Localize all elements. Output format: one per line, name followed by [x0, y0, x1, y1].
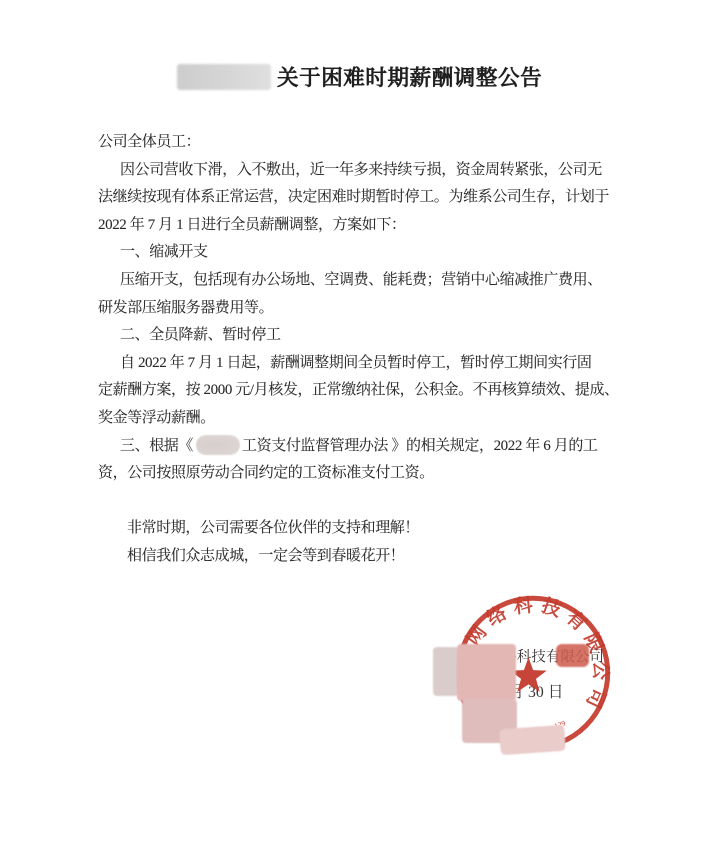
- line-text: 三、根据《: [120, 438, 193, 454]
- redaction-blur-seal-main: [457, 644, 516, 701]
- document-line: 自 2022 年 7 月 1 日起，薪酬调整期间全员暂时停工，暂时停工期间实行固: [98, 350, 618, 378]
- document-line: 三、根据《工资支付监督管理办法 》的相关规定，2022 年 6 月的工: [98, 433, 618, 461]
- redaction-blur-seal-bottom: [499, 725, 566, 755]
- document-line: 资，公司按照原劳动合同约定的工资标准支付工资。: [98, 460, 618, 488]
- document-line: 公司全体员工：: [98, 129, 618, 157]
- line-text: 工资支付监督管理办法 》的相关规定，2022 年 6 月的工: [242, 438, 598, 454]
- document-line: 研发部压缩服务器费用等。: [98, 295, 618, 323]
- document-line: 因公司营收下滑，入不敷出，近一年多来持续亏损，资金周转紧张，公司无: [98, 157, 618, 185]
- page-title: 关于困难时期薪酬调整公告: [277, 61, 542, 92]
- document-body: 公司全体员工：因公司营收下滑，入不敷出，近一年多来持续亏损，资金周转紧张，公司无…: [98, 129, 618, 571]
- title-row: 关于困难时期薪酬调整公告: [0, 60, 720, 92]
- document-line: 二、全员降薪、暂时停工: [98, 322, 618, 350]
- redaction-blur-seal-right: [556, 644, 589, 667]
- document-line: 相信我们众志成城，一定会等到春暖花开！: [98, 543, 618, 571]
- document-page: 关于困难时期薪酬调整公告 公司全体员工：因公司营收下滑，入不敷出，近一年多来持续…: [0, 0, 720, 849]
- document-line: 奖金等浮动薪酬。: [98, 405, 618, 433]
- redaction-blur-seal-left: [433, 647, 459, 696]
- document-line: 非常时期，公司需要各位伙伴的支持和理解！: [98, 515, 618, 543]
- redaction-blur-company-name: [177, 64, 271, 90]
- redaction-blur-inline: [196, 435, 240, 455]
- blank-line: [98, 488, 618, 516]
- document-line: 一、缩减开支: [98, 239, 618, 267]
- document-line: 2022 年 7 月 1 日进行全员薪酬调整，方案如下：: [98, 212, 618, 240]
- document-line: 定薪酬方案，按 2000 元/月核发，正常缴纳社保，公积金。不再核算绩效、提成、: [98, 377, 618, 405]
- document-line: 法继续按现有体系正常运营，决定困难时期暂时停工。为维系公司生存，计划于: [98, 184, 618, 212]
- document-line: 压缩开支，包括现有办公场地、空调费、能耗费；营销中心缩减推广费用、: [98, 267, 618, 295]
